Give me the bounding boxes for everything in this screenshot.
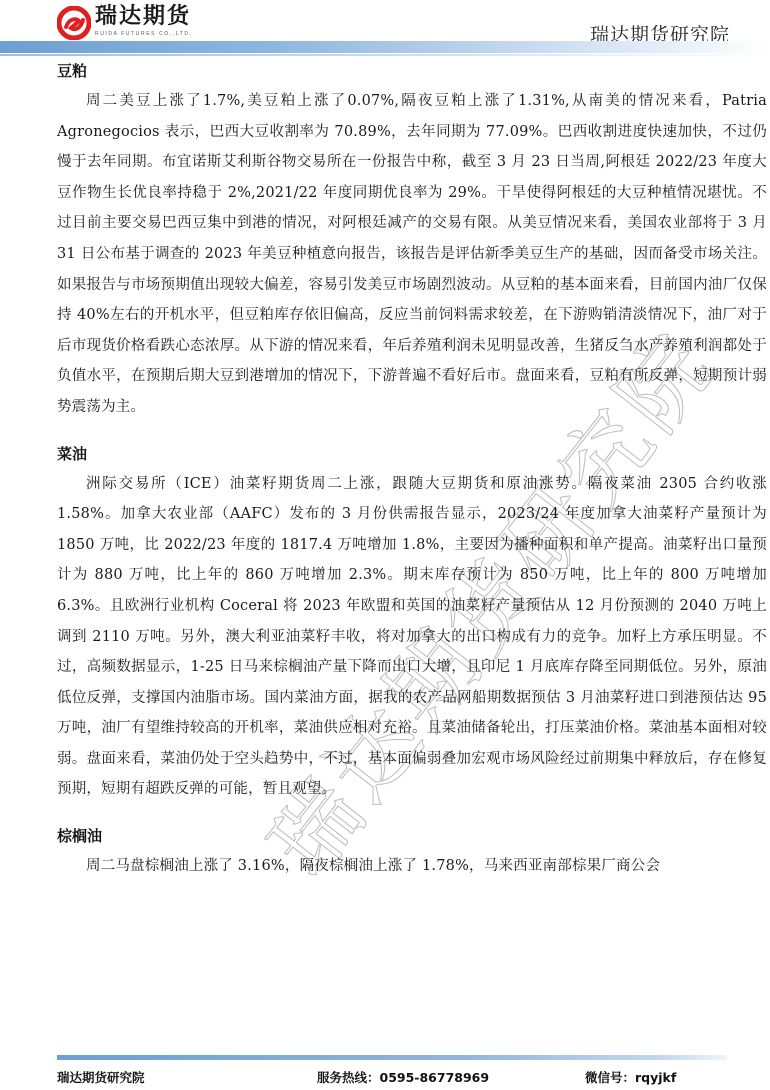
- ruida-logo-icon: [57, 6, 91, 40]
- section-paragraph: 周二美豆上涨了1.7%,美豆粕上涨了0.07%,隔夜豆粕上涨了1.31%,从南美…: [57, 86, 767, 423]
- company-logo: 瑞达期货 RUIDA FUTURES CO.,LTD.: [57, 4, 193, 44]
- header-divider: [0, 41, 770, 53]
- page-header: 瑞达期货 RUIDA FUTURES CO.,LTD. 瑞达期货研究院: [0, 0, 770, 60]
- section-paragraph: 洲际交易所（ICE）油菜籽期货周二上涨，跟随大豆期货和原油涨势。隔夜菜油 230…: [57, 469, 767, 806]
- section-palm-oil: 棕榈油 周二马盘棕榈油上涨了 3.16%，隔夜棕榈油上涨了 1.78%，马来西亚…: [57, 821, 767, 882]
- footer-institute: 瑞达期货研究院: [57, 1068, 145, 1086]
- section-title: 菜油: [57, 439, 767, 469]
- logo-text-en: RUIDA FUTURES CO.,LTD.: [95, 31, 193, 37]
- section-title: 豆粕: [57, 56, 767, 86]
- footer-hotline: 服务热线：0595-86778969: [317, 1068, 489, 1086]
- section-rapeseed-oil: 菜油 洲际交易所（ICE）油菜籽期货周二上涨，跟随大豆期货和原油涨势。隔夜菜油 …: [57, 439, 767, 806]
- footer-wechat: 微信号：rqyjkf: [585, 1068, 676, 1086]
- page-footer: 瑞达期货研究院 服务热线：0595-86778969 微信号：rqyjkf: [57, 1068, 737, 1088]
- logo-text-cn: 瑞达期货: [95, 4, 193, 30]
- footer-divider: [57, 1055, 727, 1060]
- section-paragraph: 周二马盘棕榈油上涨了 3.16%，隔夜棕榈油上涨了 1.78%，马来西亚南部棕果…: [57, 851, 767, 882]
- section-title: 棕榈油: [57, 821, 767, 851]
- report-body: 豆粕 周二美豆上涨了1.7%,美豆粕上涨了0.07%,隔夜豆粕上涨了1.31%,…: [57, 56, 767, 882]
- section-soybean-meal: 豆粕 周二美豆上涨了1.7%,美豆粕上涨了0.07%,隔夜豆粕上涨了1.31%,…: [57, 56, 767, 423]
